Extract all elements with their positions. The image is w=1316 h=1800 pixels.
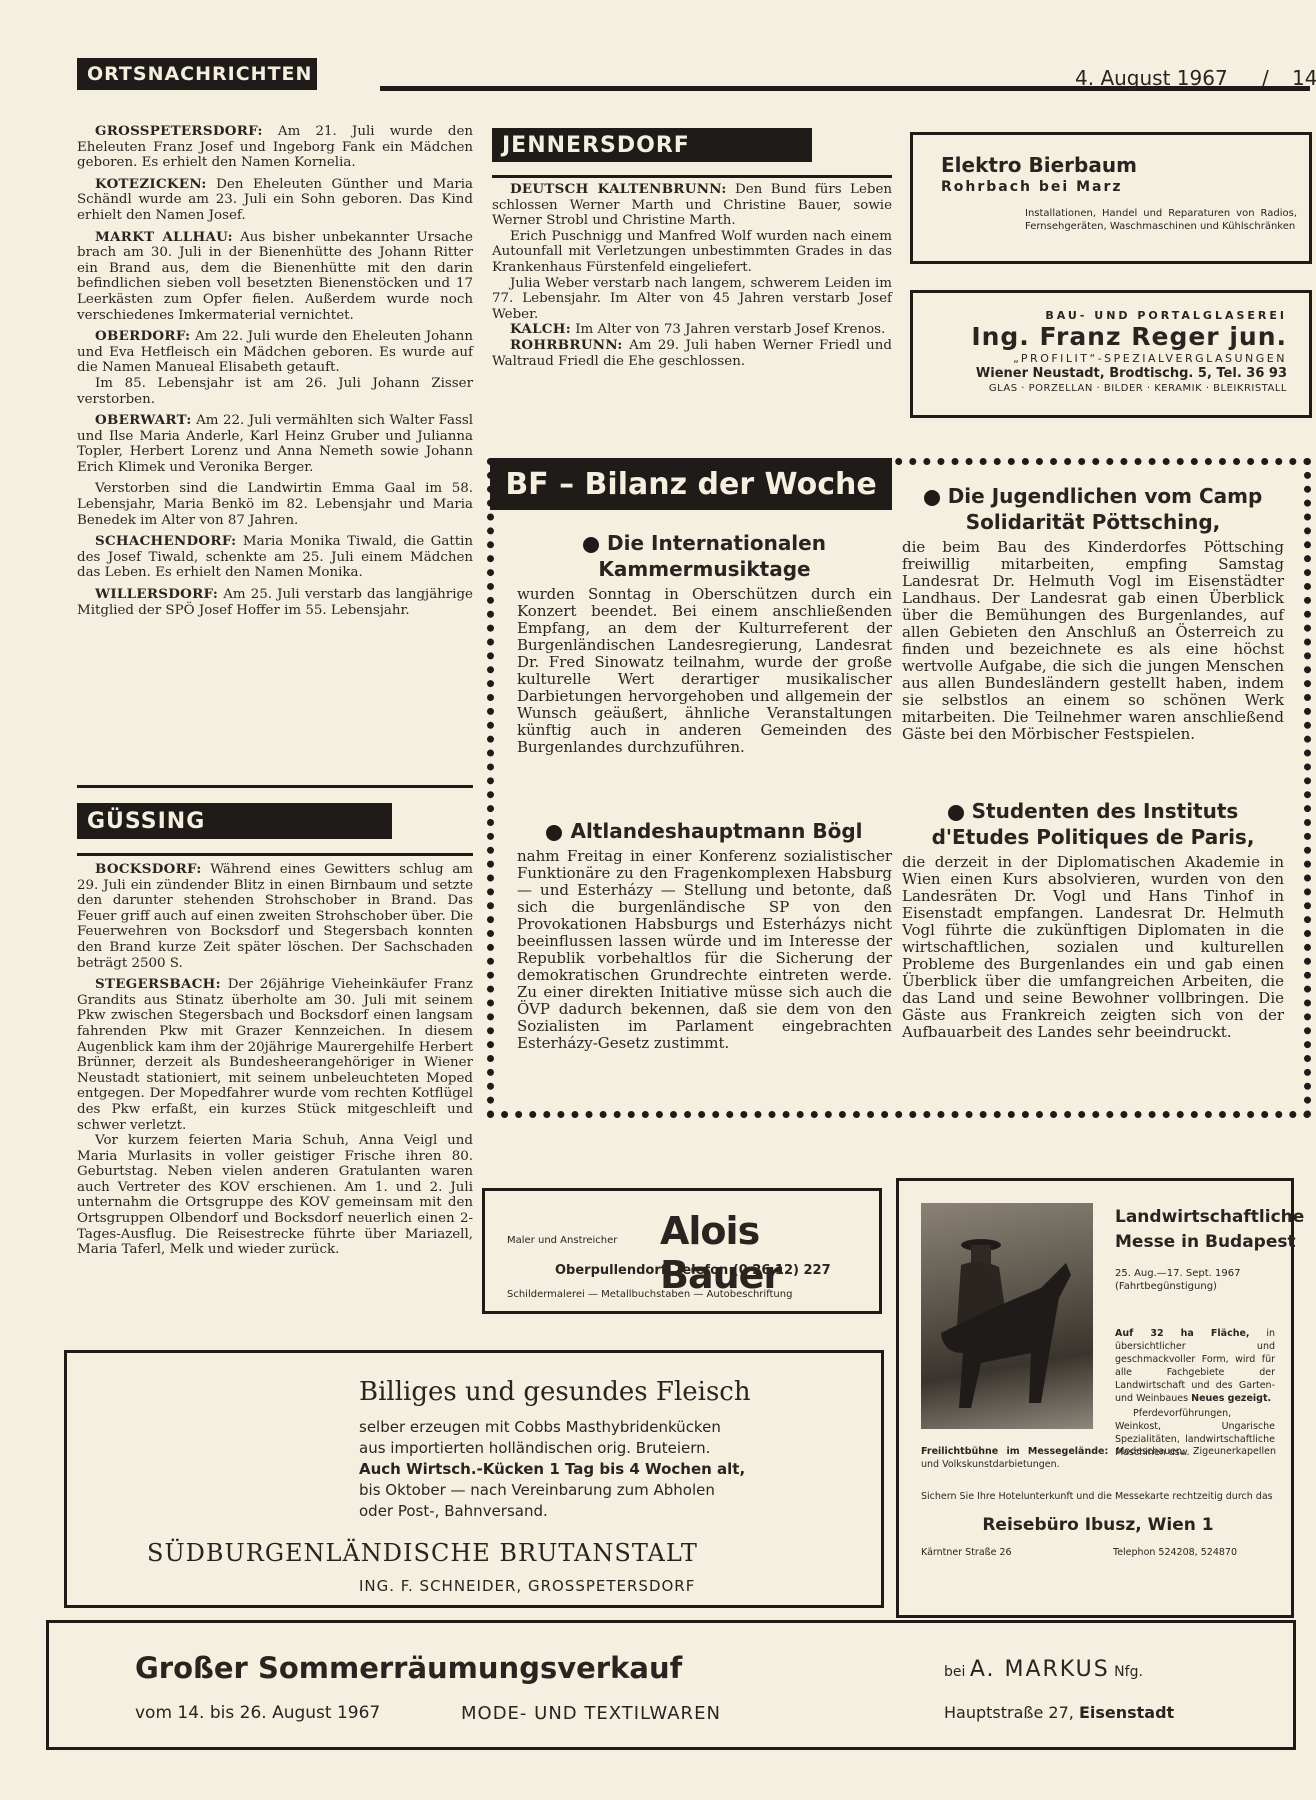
divider <box>492 175 892 178</box>
news-item: SCHACHENDORF: Maria Monika Tiwald, die G… <box>77 534 473 581</box>
horse-rider-photo <box>921 1203 1093 1429</box>
ad-agency: Reisebüro Ibusz, Wien 1 <box>899 1515 1297 1535</box>
ad-body: Auf 32 ha Fläche, in übersichtlicher und… <box>1115 1327 1275 1459</box>
ad-company: bei A. MARKUS Nfg. <box>944 1657 1143 1682</box>
header-date: 4. August 1967 <box>1075 66 1228 90</box>
article-body: die derzeit in der Diplomatischen Akadem… <box>902 854 1284 1041</box>
news-item: OBERWART: Am 22. Juli vermählten sich Wa… <box>77 413 473 475</box>
ad-dates: vom 14. bis 26. August 1967 <box>135 1703 380 1723</box>
news-item: DEUTSCH KALTENBRUNN: Den Bund fürs Leben… <box>492 182 892 229</box>
ad-dates: 25. Aug.—17. Sept. 1967 (Fahrtbegünstigu… <box>1115 1267 1240 1293</box>
ad-description: Installationen, Handel und Reparaturen v… <box>1025 207 1297 233</box>
section-kicker-ortsnachrichten: ORTSNACHRICHTEN <box>77 58 317 90</box>
article-headline: Altlandeshauptmann Bögl <box>517 818 892 844</box>
ad-category: MODE- UND TEXTILWAREN <box>461 1703 721 1724</box>
oberwart-news-column: GROSSPETERSDORF: Am 21. Juli wurde den E… <box>77 124 473 624</box>
news-item: ROHRBRUNN: Am 29. Juli haben Werner Frie… <box>492 338 892 369</box>
header-separator: / <box>1262 66 1269 90</box>
rider-silhouette-icon <box>921 1203 1093 1429</box>
ad-products: GLAS · PORZELLAN · BILDER · KERAMIK · BL… <box>923 383 1287 394</box>
ad-body: selber erzeugen mit Cobbs Masthybridenkü… <box>359 1417 745 1522</box>
news-item: GROSSPETERSDORF: Am 21. Juli wurde den E… <box>77 124 473 171</box>
ad-trade: Maler und Anstreicher <box>507 1235 617 1246</box>
news-item: KALCH: Im Alter von 73 Jahren verstarb J… <box>492 322 892 338</box>
ad-name: Ing. Franz Reger jun. <box>923 322 1287 352</box>
ad-brutanstalt: Billiges und gesundes Fleisch selber erz… <box>64 1350 884 1608</box>
news-item: Im 85. Lebensjahr ist am 26. Juli Johann… <box>77 376 473 407</box>
news-item: WILLERSDORF: Am 25. Juli verstarb das la… <box>77 587 473 618</box>
news-item: KOTEZICKEN: Den Eheleuten Günther und Ma… <box>77 177 473 224</box>
news-item: STEGERSBACH: Der 26jährige Vieheinkäufer… <box>77 977 473 1133</box>
section-kicker-guessing: GÜSSING <box>77 803 392 839</box>
ad-address: Oberpullendorf, Telefon (0 26 12) 227 <box>555 1263 831 1278</box>
guessing-news-column: BOCKSDORF: Während eines Gewitters schlu… <box>77 862 473 1264</box>
news-item: BOCKSDORF: Während eines Gewitters schlu… <box>77 862 473 971</box>
ad-street: Kärntner Straße 26 <box>921 1547 1012 1558</box>
ad-owner: ING. F. SCHNEIDER, GROSSPETERSDORF <box>359 1577 695 1595</box>
divider <box>77 785 473 788</box>
ad-markus: Großer Sommerräumungsverkauf vom 14. bis… <box>46 1620 1296 1750</box>
news-item: Vor kurzem feierten Maria Schuh, Anna Ve… <box>77 1133 473 1258</box>
article-body: wurden Sonntag in Oberschützen durch ein… <box>517 586 892 756</box>
bullet-icon <box>948 805 964 821</box>
ad-headline: Großer Sommerräumungsverkauf <box>135 1651 682 1685</box>
ad-elektro-bierbaum: Elektro Bierbaum Rohrbach bei Marz Insta… <box>910 132 1312 264</box>
article-body: die beim Bau des Kinderdorfes Pöttsching… <box>902 539 1284 743</box>
ad-address: Wiener Neustadt, Brodtischg. 5, Tel. 36 … <box>923 365 1287 383</box>
bilanz-article: Studenten des Instituts d'Etudes Politiq… <box>902 798 1284 1041</box>
bilanz-article: Die Internationalen Kammermusiktage wurd… <box>517 530 892 756</box>
ad-special: „PROFILIT“-SPEZIALVERGLASUNGEN <box>923 352 1287 365</box>
ad-body: Freilichtbühne im Messegelände: Modescha… <box>921 1445 1276 1471</box>
ad-company: SÜDBURGENLÄNDISCHE BRUTANSTALT <box>147 1539 698 1567</box>
ad-headline: Billiges und gesundes Fleisch <box>359 1377 751 1407</box>
ad-location: Rohrbach bei Marz <box>941 179 1123 195</box>
bullet-icon <box>583 537 599 553</box>
page-number: 14 <box>1292 66 1316 90</box>
news-item: Erich Puschnigg und Manfred Wolf wurden … <box>492 229 892 276</box>
news-item: Julia Weber verstarb nach langem, schwer… <box>492 276 892 323</box>
news-item: MARKT ALLHAU: Aus bisher unbekannter Urs… <box>77 230 473 324</box>
news-item: Verstorben sind die Landwirtin Emma Gaal… <box>77 481 473 528</box>
ad-title: Landwirtschaftliche Messe in Budapest <box>1115 1205 1304 1255</box>
ad-name: Elektro Bierbaum <box>941 153 1137 177</box>
ad-franz-reger: BAU- UND PORTALGLASEREI Ing. Franz Reger… <box>910 290 1312 418</box>
divider <box>77 853 473 856</box>
bullet-icon <box>546 825 562 841</box>
bilanz-title: BF – Bilanz der Woche <box>490 458 892 510</box>
ad-name: Alois Bauer <box>660 1209 879 1297</box>
ad-trade: BAU- UND PORTALGLASEREI <box>923 309 1287 322</box>
ad-address: Hauptstraße 27, Eisenstadt <box>944 1703 1174 1722</box>
ad-budapest-messe: Landwirtschaftliche Messe in Budapest 25… <box>896 1178 1294 1618</box>
ad-body: Sichern Sie Ihre Hotelunterkunft und die… <box>921 1491 1276 1503</box>
ad-alois-bauer: Maler und Anstreicher Alois Bauer Oberpu… <box>482 1188 882 1314</box>
article-headline: Die Jugendlichen vom Camp Solidarität Pö… <box>902 483 1284 535</box>
article-body: nahm Freitag in einer Konferenz sozialis… <box>517 848 892 1052</box>
bullet-icon <box>924 490 940 506</box>
bilanz-article: Die Jugendlichen vom Camp Solidarität Pö… <box>902 483 1284 743</box>
ad-phone: Telephon 524208, 524870 <box>1113 1547 1237 1558</box>
section-kicker-jennersdorf: JENNERSDORF <box>492 128 812 162</box>
jennersdorf-news-column: DEUTSCH KALTENBRUNN: Den Bund fürs Leben… <box>492 182 892 369</box>
article-headline: Studenten des Instituts d'Etudes Politiq… <box>902 798 1284 850</box>
article-headline: Die Internationalen Kammermusiktage <box>517 530 892 582</box>
news-item: OBERDORF: Am 22. Juli wurde den Eheleute… <box>77 329 473 376</box>
ad-services: Schildermalerei — Metallbuchstaben — Aut… <box>507 1289 792 1300</box>
bilanz-article: Altlandeshauptmann Bögl nahm Freitag in … <box>517 818 892 1052</box>
